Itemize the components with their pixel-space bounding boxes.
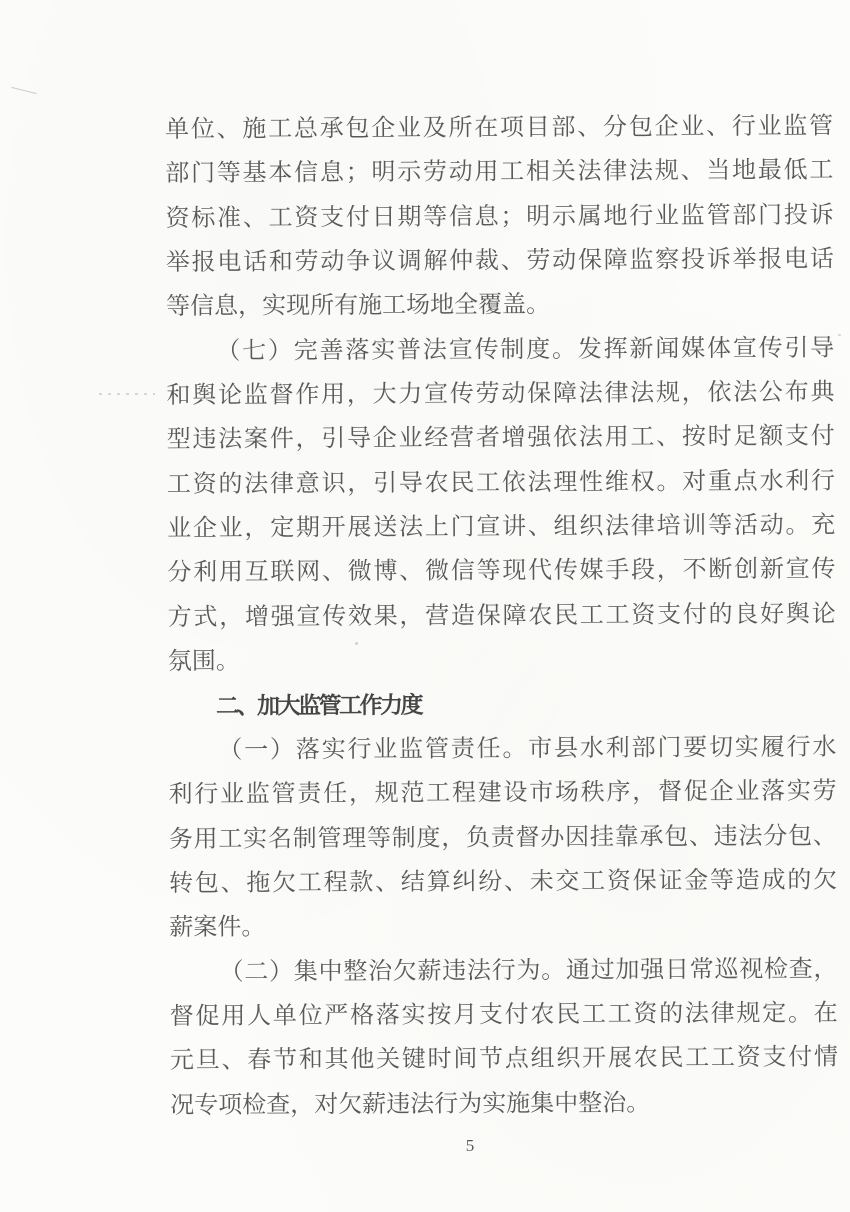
text-line: 工资的法律意识，引导农民工依法理性维权。对重点水利行 (167, 459, 835, 507)
text-line: （一）落实行业监管责任。市县水利部门要切实履行水 (168, 725, 836, 773)
text-line: 业企业，定期开展送法上门宣讲、组织法律培训等活动。充 (167, 504, 835, 552)
scan-scratch (11, 87, 36, 94)
text-line: 转包、拖欠工程款、结算纠纷、未交工资保证金等造成的欠 (169, 858, 837, 906)
scan-speck (838, 334, 841, 336)
document-body: 单位、施工总承包企业及所在项目部、分包企业、行业监管部门等基本信息；明示劳动用工… (165, 105, 838, 1128)
text-line: 部门等基本信息；明示劳动用工相关法律法规、当地最低工 (165, 149, 833, 197)
text-line: 型违法案件，引导企业经营者增强依法用工、按时足额支付 (167, 415, 835, 463)
text-line: 单位、施工总承包企业及所在项目部、分包企业、行业监管 (165, 105, 833, 153)
document-page: 单位、施工总承包企业及所在项目部、分包企业、行业监管部门等基本信息；明示劳动用工… (0, 0, 850, 1212)
text-line: 督促用人单位严格落实按月支付农民工工资的法律规定。在 (170, 991, 838, 1039)
text-line: 务用工实名制管理等制度，负责督办因挂靠承包、违法分包、 (169, 814, 837, 862)
text-line: 况专项检查，对欠薪违法行为实施集中整治。 (170, 1080, 838, 1128)
section-heading: 二、加大监管工作力度 (168, 681, 836, 729)
text-line: 薪案件。 (169, 903, 837, 951)
text-line: 和舆论监督作用，大力宣传劳动保障法律法规，依法公布典 (166, 371, 834, 419)
text-line: （二）集中整治欠薪违法行为。通过加强日常巡视检查， (169, 947, 837, 995)
text-line: 等信息，实现所有施工场地全覆盖。 (166, 282, 834, 330)
text-line: 分利用互联网、微博、微信等现代传媒手段，不断创新宣传 (167, 548, 835, 596)
page-number: 5 (458, 1136, 482, 1156)
text-line: 氛围。 (168, 637, 836, 685)
text-line: 举报电话和劳动争议调解仲裁、劳动保障监察投诉举报电话 (166, 238, 834, 286)
text-line: 利行业监管责任，规范工程建设市场秩序，督促企业落实劳 (168, 770, 836, 818)
text-line: （七）完善落实普法宣传制度。发挥新闻媒体宣传引导 (166, 326, 834, 374)
scan-smudge (99, 393, 155, 395)
text-line: 资标准、工资支付日期等信息；明示属地行业监管部门投诉 (165, 193, 833, 241)
text-line: 方式，增强宣传效果，营造保障农民工工资支付的良好舆论 (168, 592, 836, 640)
text-line: 元旦、春节和其他关键时间节点组织开展农民工工资支付情 (170, 1036, 838, 1084)
